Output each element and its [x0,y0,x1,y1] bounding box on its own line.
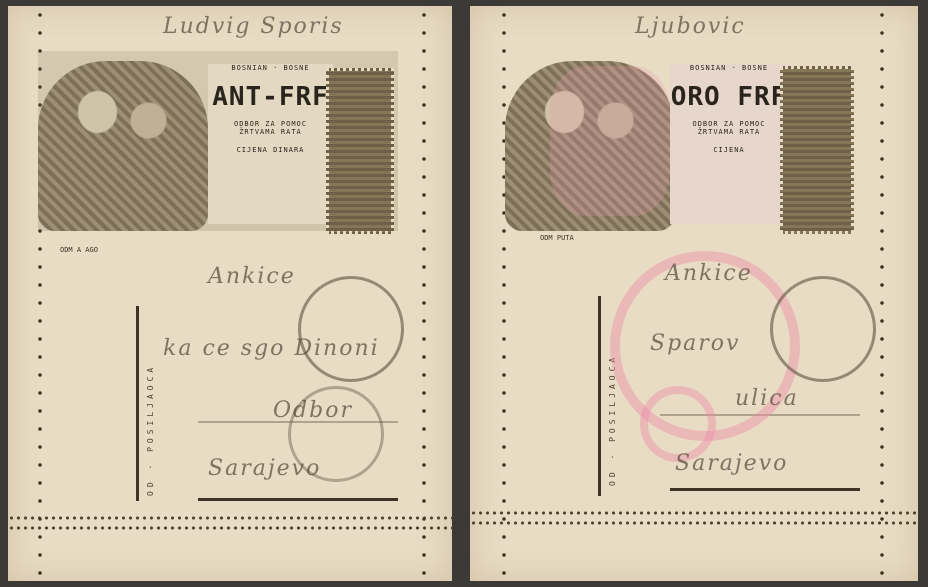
handwritten-header: Ludvig Sporis [163,14,344,39]
divider [136,306,139,501]
postmark [770,276,876,382]
postmark [288,386,384,482]
address-line: Sarajevo [675,451,788,476]
title-box: BOSNIAN · BOSNE ORO FRF ODBOR ZA POMOC Ž… [670,64,788,224]
title-line: ODBOR ZA POMOC [670,120,788,128]
address-line: Ankice [665,261,753,286]
lower-label: ODM PUTA [540,234,574,242]
stamp-imprint [326,68,394,234]
title-bottom: CIJENA [670,146,788,154]
vertical-text: OD · POSILJAOCA [146,306,155,496]
perforation-right [880,6,884,581]
perforation-bottom-1 [8,516,452,520]
title-small: BOSNIAN · BOSNE [208,64,333,72]
postmark [298,276,404,382]
stamp-imprint [780,66,854,234]
lower-label: ODM A AGO [60,246,98,254]
handwritten-header: Ljubovic [635,14,746,39]
title-line: ŽRTVAMA RATA [208,128,333,136]
title-big: ANT-FRF [208,82,333,112]
title-line: ODBOR ZA POMOC [208,120,333,128]
title-bottom: CIJENA DINARA [208,146,333,154]
title-small: BOSNIAN · BOSNE [670,64,788,72]
perforation-bottom-2 [8,526,452,530]
perforation-left [502,6,506,581]
perforation-bottom-2 [470,521,918,525]
letter-card-right: Ljubovic BOSNIAN · BOSNE ORO FRF ODBOR Z… [470,6,918,581]
address-line: Ankice [208,264,296,289]
title-box: BOSNIAN · BOSNE ANT-FRF ODBOR ZA POMOC Ž… [208,64,333,224]
title-big: ORO FRF [670,82,788,112]
divider [598,296,601,496]
address-line: Sparov [650,331,740,356]
letter-card-left: Ludvig Sporis BOSNIAN · BOSNE ANT-FRF OD… [8,6,452,581]
perforation-bottom-1 [470,511,918,515]
perforation-right [422,6,426,581]
title-line: ŽRTVAMA RATA [670,128,788,136]
address-line: ulica [735,386,799,411]
portrait-illustration [38,61,208,231]
